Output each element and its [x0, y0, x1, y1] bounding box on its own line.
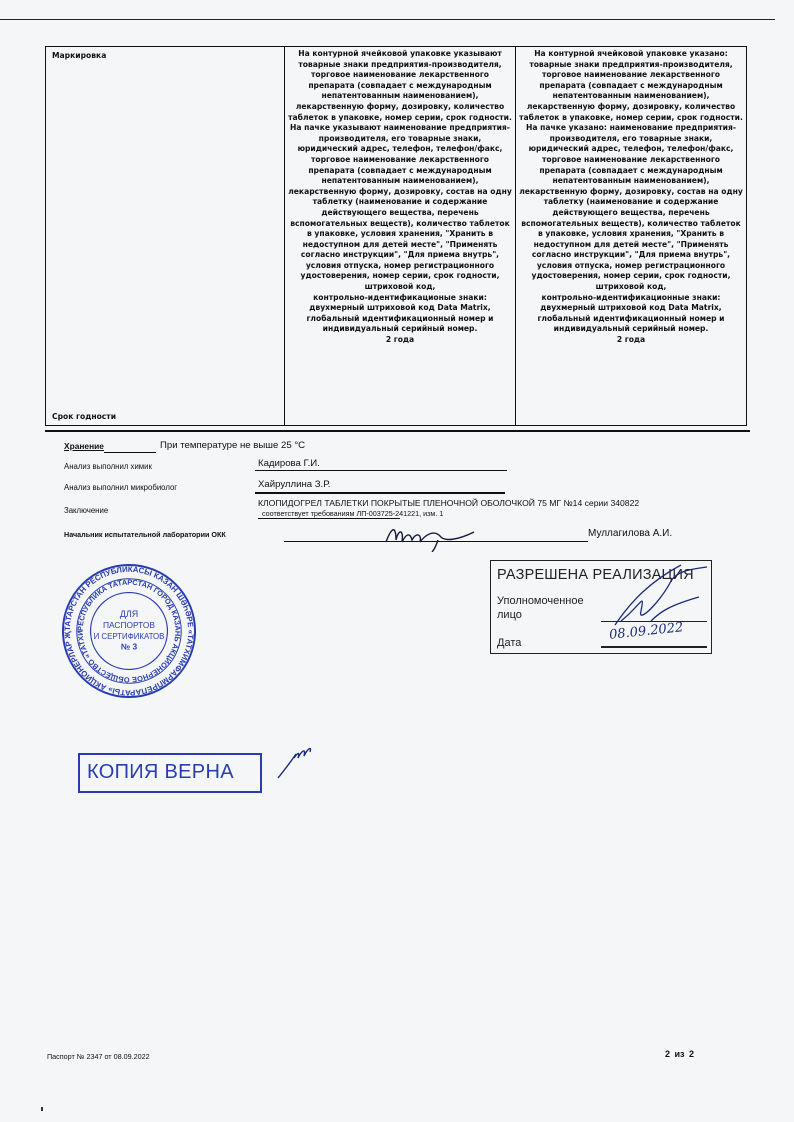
chemist-name: Кадирова Г.И.	[258, 458, 320, 469]
round-stamp-line-1: ДЛЯ	[120, 609, 138, 619]
requirement-pack-text: На пачке указывают наименование предприя…	[288, 123, 512, 293]
storage-value: При температуре не выше 25 °C	[160, 440, 305, 451]
release-date-line	[601, 646, 707, 648]
storage-row: Хранение	[64, 441, 104, 451]
authorized-person-line-2: лицо	[497, 609, 522, 621]
row-label-cell: Маркировка Срок годности	[46, 47, 285, 426]
round-company-stamp: ТАТАРСТАН РЕСПУБЛИКАСЫ КАЗАН ШӘҺӘРЕ «ТАТ…	[60, 562, 198, 700]
scan-mark	[41, 1107, 43, 1111]
requirement-shelf-life: 2 года	[288, 335, 512, 346]
page-indicator: 2 из 2	[665, 1049, 694, 1059]
passport-number: Паспорт № 2347 от 08.09.2022	[47, 1052, 150, 1061]
round-stamp-line-4: № 3	[121, 642, 138, 652]
authorized-person-line-1: Уполномоченное	[497, 595, 584, 607]
authorized-person-label: Уполномоченное лицо	[497, 594, 584, 622]
marking-spec-table: Маркировка Срок годности На контурной яч…	[45, 46, 747, 426]
table-bottom-rule	[45, 430, 750, 432]
certified-copy-text: КОПИЯ ВЕРНА	[87, 761, 234, 784]
round-stamp-line-3: И СЕРТИФИКАТОВ	[94, 632, 165, 641]
conclusion-product: КЛОПИДОГРЕЛ ТАБЛЕТКИ ПОКРЫТЫЕ ПЛЕНОЧНОЙ …	[258, 498, 639, 508]
head-of-lab-label: Начальник испытательной лаборатории ОКК	[64, 530, 226, 539]
microbiologist-underline	[255, 492, 505, 494]
signature-icon	[378, 520, 498, 552]
shelf-life-label: Срок годности	[52, 412, 116, 423]
requirement-blister-text: На контурной ячейковой упаковке указываю…	[288, 49, 512, 123]
copy-initials-icon	[276, 744, 326, 780]
requirement-codes-text: контрольно-идентификационые знаки: двухм…	[288, 293, 512, 335]
chemist-label: Анализ выполнил химик	[64, 462, 152, 471]
result-cell: На контурной ячейковой упаковке указано:…	[516, 47, 747, 426]
authorized-signature-icon	[611, 561, 711, 631]
marking-label: Маркировка	[52, 51, 106, 62]
conclusion-label: Заключение	[64, 506, 108, 515]
conclusion-compliance: соответствует требованиям ЛП-003725-2412…	[262, 509, 443, 518]
conclusion-underline	[258, 518, 400, 519]
top-rule	[0, 19, 775, 20]
result-shelf-life: 2 года	[519, 335, 743, 346]
requirement-cell: На контурной ячейковой упаковке указываю…	[285, 47, 516, 426]
result-codes-text: контрольно-идентификационные знаки: двух…	[519, 293, 743, 335]
storage-label: Хранение	[64, 441, 104, 451]
chemist-underline	[255, 470, 507, 471]
result-blister-text: На контурной ячейковой упаковке указано:…	[519, 49, 743, 123]
round-stamp-graphic: ТАТАРСТАН РЕСПУБЛИКАСЫ КАЗАН ШӘҺӘРЕ «ТАТ…	[60, 562, 198, 700]
microbiologist-label: Анализ выполнил микробиолог	[64, 483, 177, 492]
head-of-lab-name: Муллагилова А.И.	[588, 528, 672, 539]
microbiologist-name: Хайруллина З.Р.	[258, 479, 330, 490]
release-permitted-stamp: РАЗРЕШЕНА РЕАЛИЗАЦИЯ Уполномоченное лицо…	[490, 560, 712, 654]
round-stamp-line-2: ПАСПОРТОВ	[103, 620, 155, 630]
release-date-label: Дата	[497, 637, 521, 649]
result-pack-text: На пачке указано: наименование предприят…	[519, 123, 743, 293]
storage-underline	[104, 452, 156, 453]
certified-copy-stamp: КОПИЯ ВЕРНА	[78, 753, 262, 793]
